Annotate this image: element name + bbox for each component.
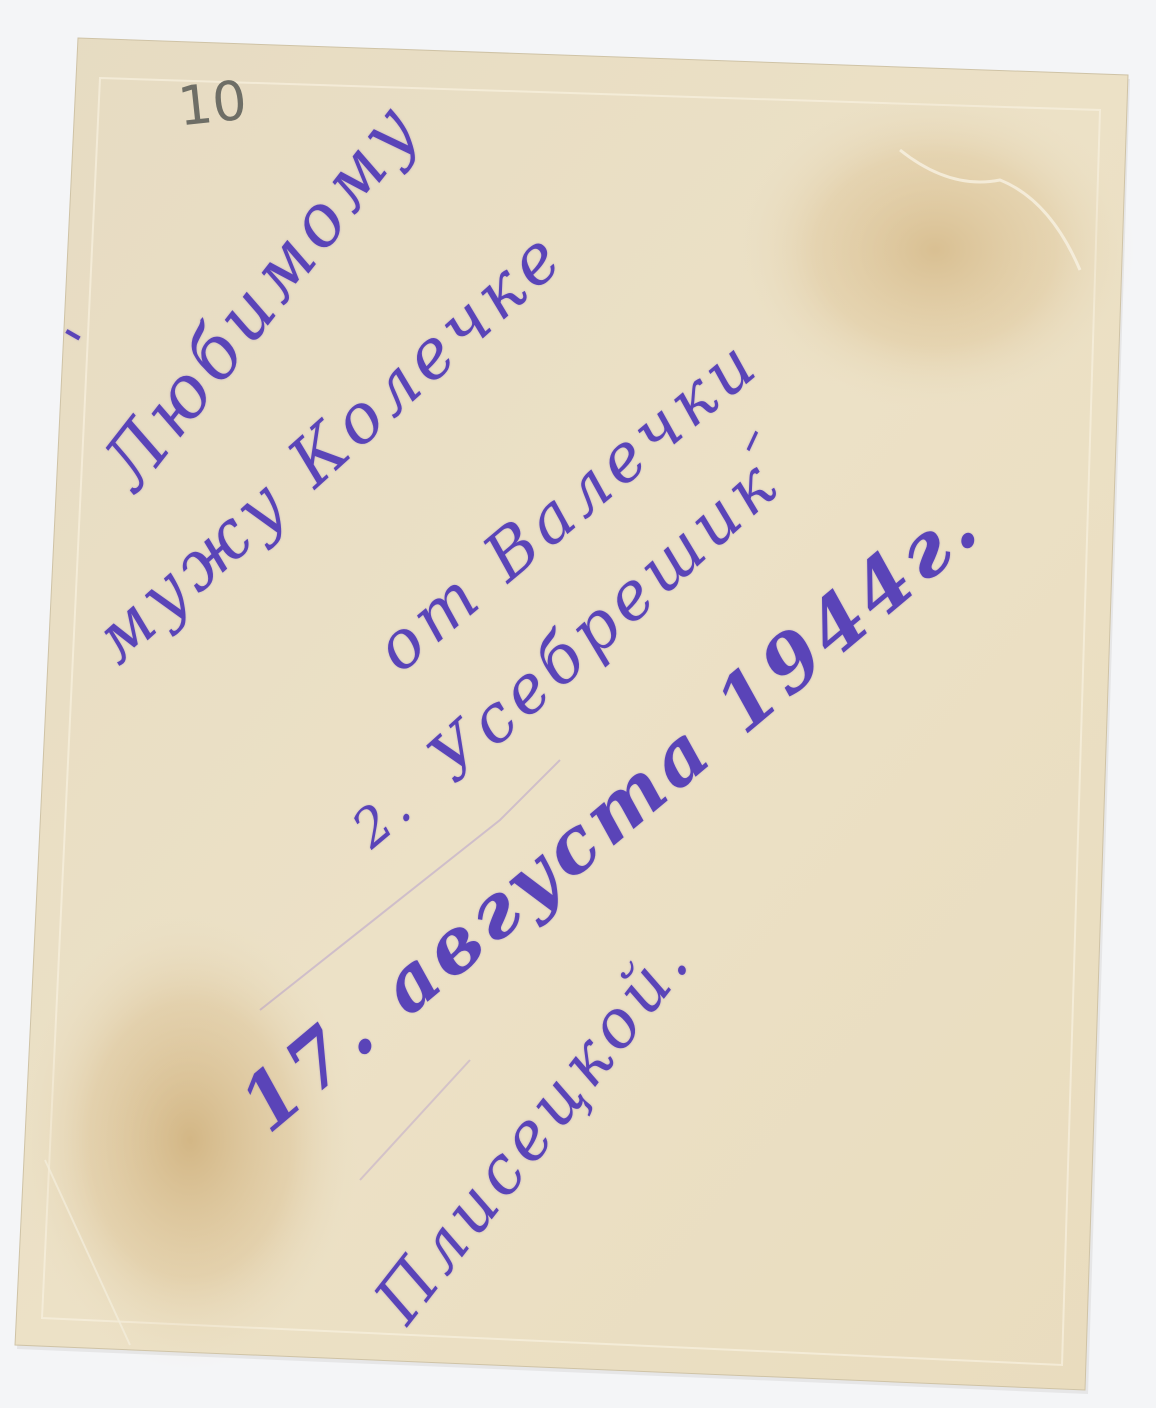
photo-back-card: 10 ' Любимому мужу Колечке от Валечки – … bbox=[0, 0, 1156, 1408]
pencil-number: 10 bbox=[175, 69, 250, 139]
card-paper bbox=[0, 0, 1156, 1408]
